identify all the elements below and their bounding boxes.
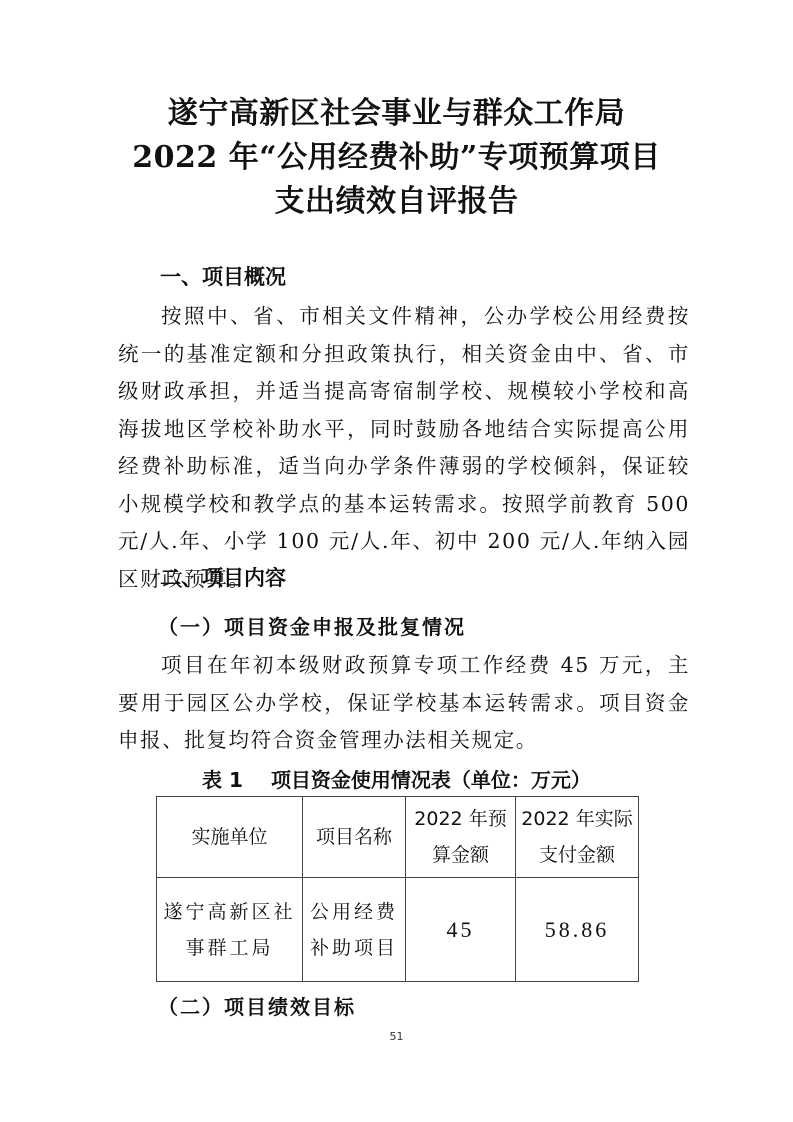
section-heading-content: 二、项目内容 (160, 563, 286, 593)
cell-budget: 45 (406, 878, 516, 982)
table-caption-title: 项目资金使用情况表（单位：万元） (271, 768, 591, 792)
subsection-heading-performance-goals: （二）项目绩效目标 (158, 992, 356, 1022)
subsection-heading-funding: （一）项目资金申报及批复情况 (158, 612, 466, 642)
funding-paragraph: 项目在年初本级财政预算专项工作经费 45 万元，主要用于园区公办学校，保证学校基… (118, 647, 690, 760)
overview-paragraph: 按照中、省、市相关文件精神，公办学校公用经费按统一的基准定额和分担政策执行，相关… (118, 298, 690, 598)
document-title-line-3: 支出绩效自评报告 (0, 180, 793, 224)
header-cell-budget: 2022 年预 算金额 (406, 797, 516, 878)
table-row: 遂宁高新区社 事群工局 公用经费 补助项目 45 58.86 (157, 878, 639, 982)
header-cell-unit: 实施单位 (157, 797, 303, 878)
document-title-line-2: 2022 年“公用经费补助”专项预算项目 (0, 136, 793, 180)
cell-actual: 58.86 (516, 878, 639, 982)
table-caption: 表 1项目资金使用情况表（单位：万元） (0, 765, 793, 795)
header-cell-actual: 2022 年实际 支付金额 (516, 797, 639, 878)
header-cell-project: 项目名称 (303, 797, 406, 878)
table-header-row: 实施单位 项目名称 2022 年预 算金额 2022 年实际 支付金额 (157, 797, 639, 878)
cell-project: 公用经费 补助项目 (303, 878, 406, 982)
cell-unit: 遂宁高新区社 事群工局 (157, 878, 303, 982)
page-number: 51 (0, 1030, 793, 1043)
section-heading-overview: 一、项目概况 (160, 262, 286, 292)
funds-usage-table: 实施单位 项目名称 2022 年预 算金额 2022 年实际 支付金额 遂宁高新… (156, 796, 639, 982)
document-title-line-1: 遂宁高新区社会事业与群众工作局 (0, 92, 793, 136)
table-caption-number: 表 1 (202, 768, 243, 792)
